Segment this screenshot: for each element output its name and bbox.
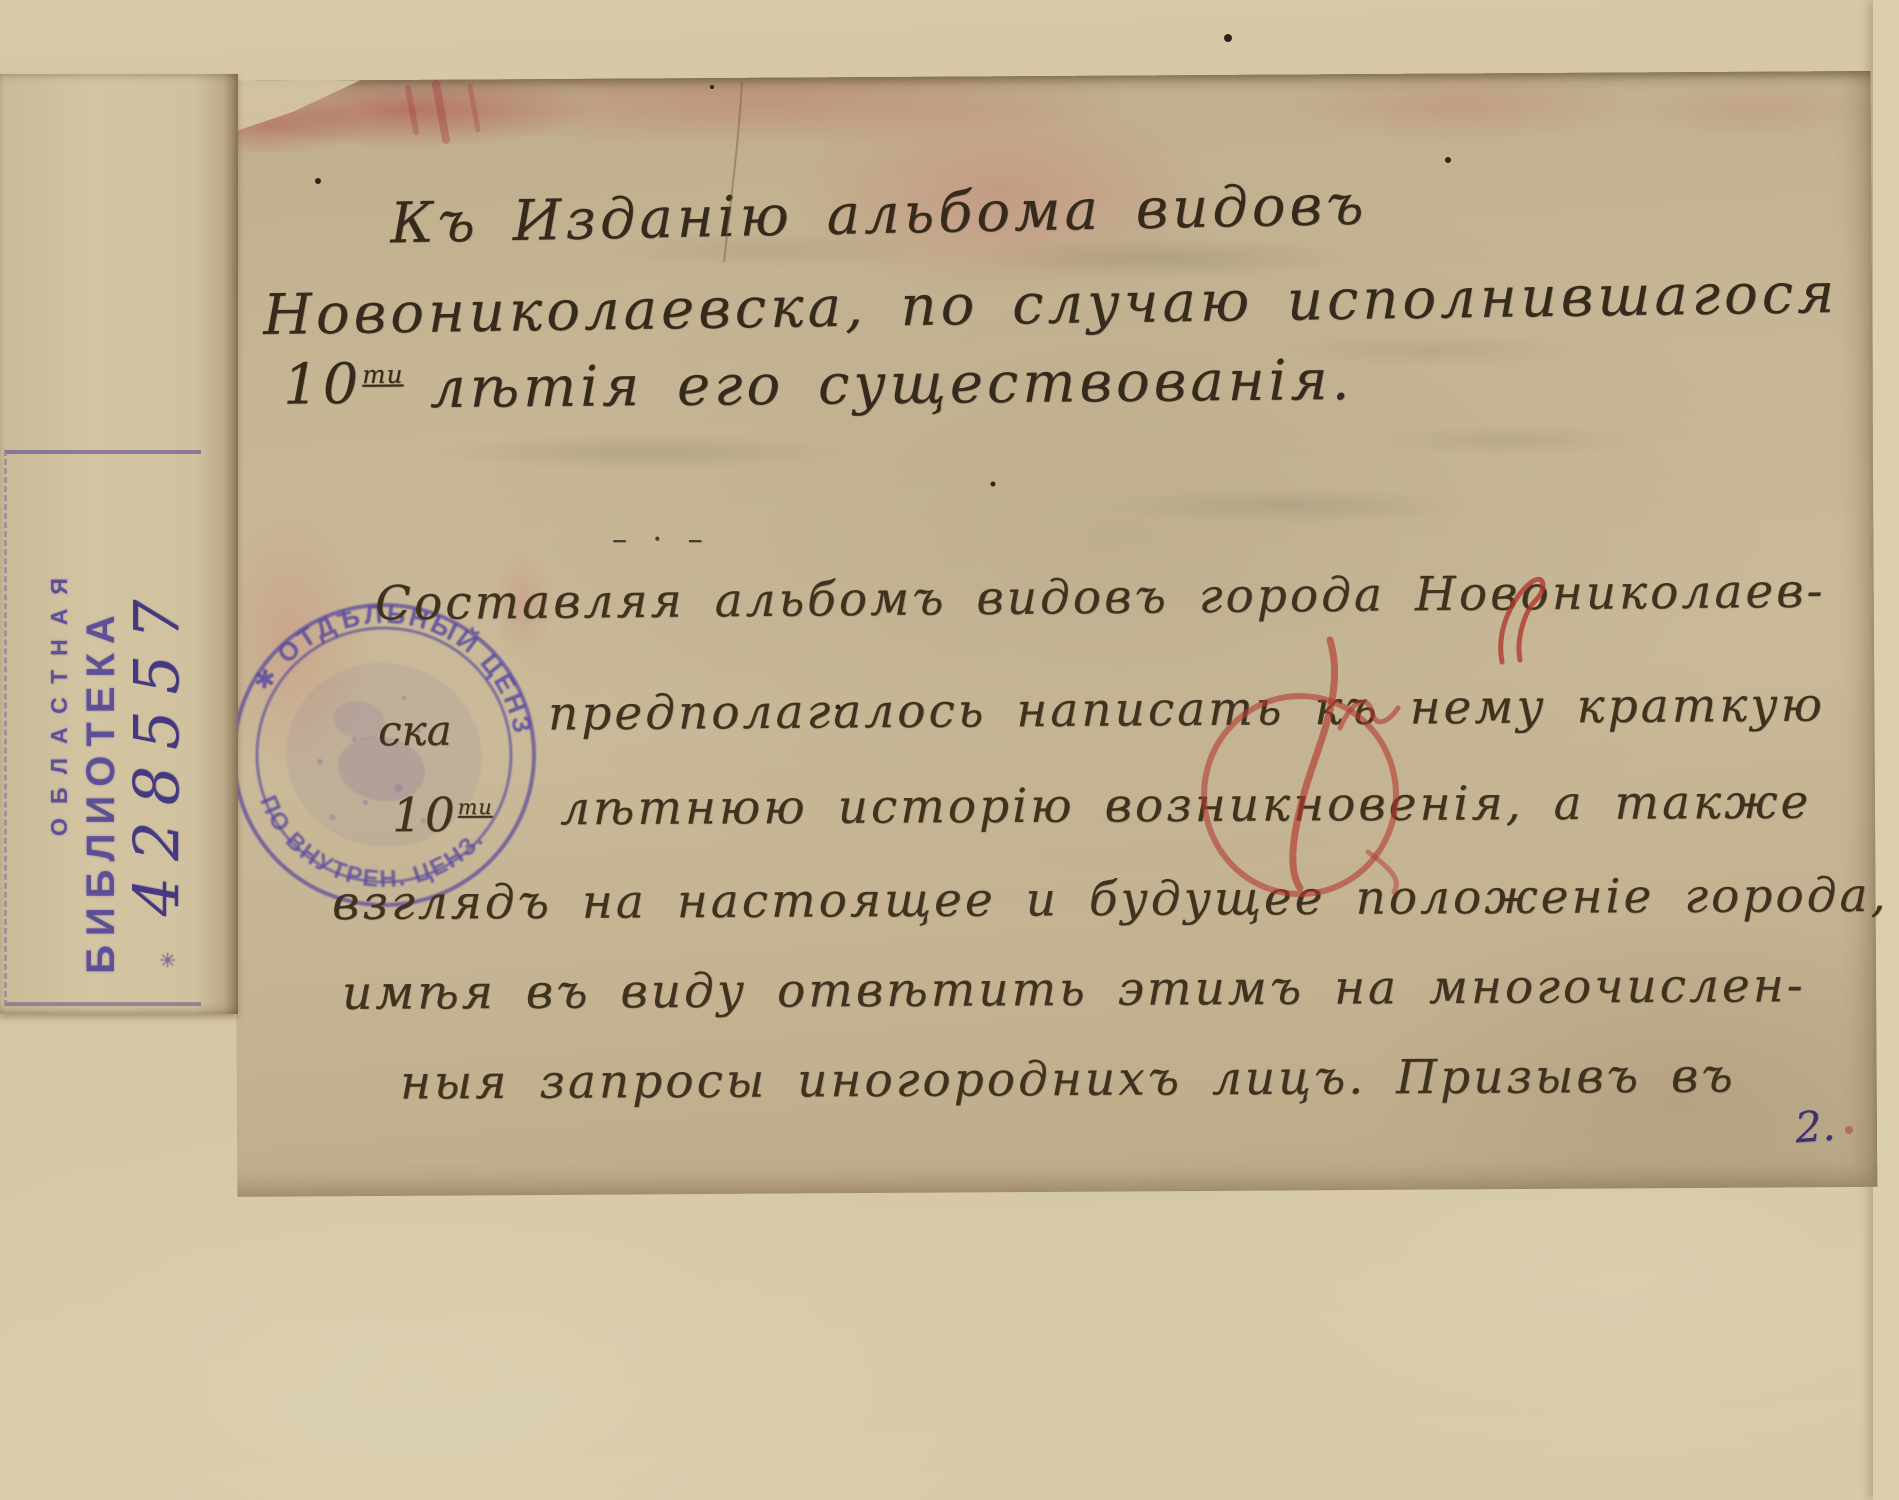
body-line-5: имѣя въ виду отвѣтить этимъ на многочисл… — [342, 958, 1806, 1021]
body-line-2-catchword: ска — [378, 706, 452, 756]
library-stamp-ornament-icon: ✳ — [156, 930, 180, 990]
body-line-3: лѣтнюю исторію возникновенія, а также — [560, 775, 1812, 837]
page-number: 2. — [1793, 1101, 1836, 1153]
library-accession-number: 428557 — [120, 540, 184, 960]
title-line-3-number: 10ти — [283, 351, 404, 417]
backing-paper-edge — [1873, 0, 1899, 1500]
scanned-archive-page: ✱ ОТДѢЛЬНЫЙ ЦЕНЗ ПО ВНУТРЕН. ЦЕНЗ. ОБЛАС… — [0, 0, 1899, 1500]
body-line-2: предполагалось написать къ нему краткую — [548, 678, 1825, 742]
torn-corner — [231, 80, 361, 133]
title-line-3: лѣтія его существованія. — [430, 348, 1354, 421]
library-stamp-institution-line: БИБЛИОТЕКА — [79, 550, 121, 1030]
body-line-4: взглядъ на настоящее и будущее положеніе… — [332, 868, 1889, 931]
body-line-6: ныя запросы иногороднихъ лицъ. Призывъ в… — [400, 1049, 1736, 1111]
title-separator: – · – — [612, 522, 711, 557]
body-line-3-number: 10ти — [392, 788, 493, 844]
library-stamp-region-line: ОБЛАСТНАЯ — [46, 490, 74, 910]
